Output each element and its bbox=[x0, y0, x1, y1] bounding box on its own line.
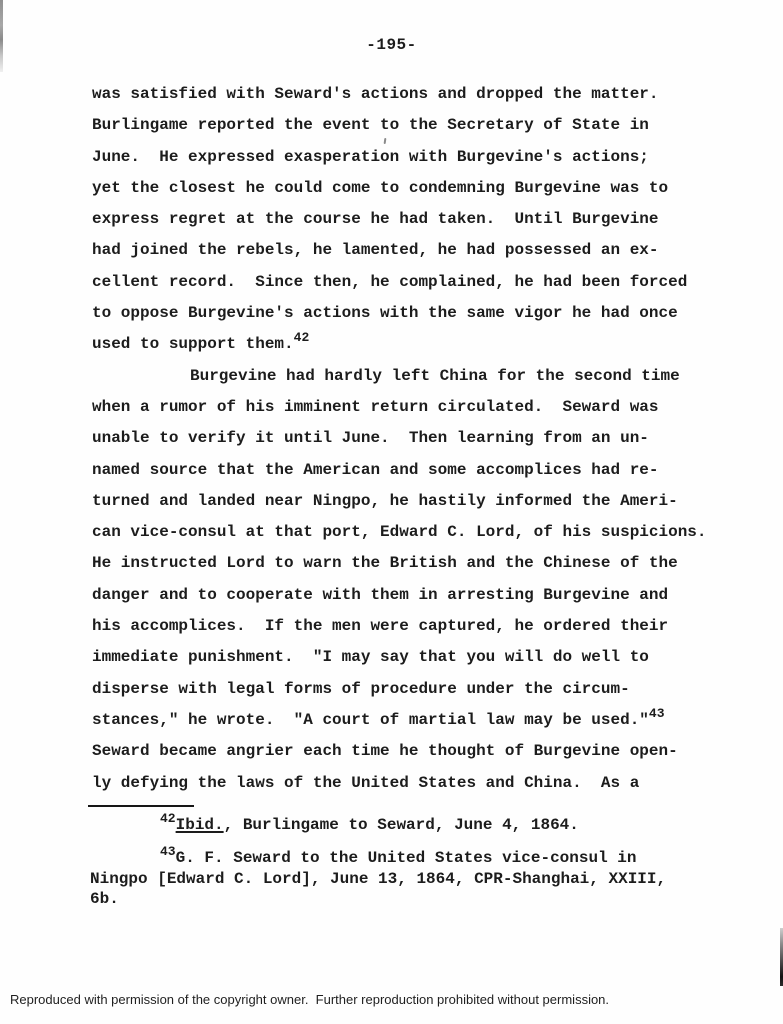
paragraph-2-text-after-ref: Seward became angrier each time he thoug… bbox=[92, 742, 678, 791]
footnote-separator bbox=[88, 805, 194, 807]
paragraph-2-text-before-ref: Burgevine had hardly left China for the … bbox=[92, 367, 707, 729]
paragraph-2: Burgevine had hardly left China for the … bbox=[92, 361, 720, 799]
paragraph-1-text: was satisfied with Seward's actions and … bbox=[92, 85, 687, 353]
footnote-ref-42: 42 bbox=[294, 330, 310, 345]
body-text: was satisfied with Seward's actions and … bbox=[92, 79, 720, 799]
footnote-43-marker: 43 bbox=[160, 844, 176, 859]
footnote-42-text: , Burlingame to Seward, June 4, 1864. bbox=[224, 816, 579, 834]
footnote-42-term: Ibid. bbox=[176, 816, 224, 834]
footnote-ref-43: 43 bbox=[649, 706, 665, 721]
copyright-notice: Reproduced with permission of the copyri… bbox=[10, 992, 609, 1007]
footnote-42: 42Ibid., Burlingame to Seward, June 4, 1… bbox=[90, 815, 735, 836]
page-number: -195- bbox=[0, 36, 783, 54]
footnote-43: 43G. F. Seward to the United States vice… bbox=[90, 848, 735, 910]
footnote-42-marker: 42 bbox=[160, 811, 176, 826]
footnotes: 42Ibid., Burlingame to Seward, June 4, 1… bbox=[90, 815, 735, 910]
paragraph-1: was satisfied with Seward's actions and … bbox=[92, 79, 720, 361]
document-page: -195- was satisfied with Seward's action… bbox=[0, 0, 783, 1024]
footnote-43-text: G. F. Seward to the United States vice-c… bbox=[90, 849, 666, 909]
